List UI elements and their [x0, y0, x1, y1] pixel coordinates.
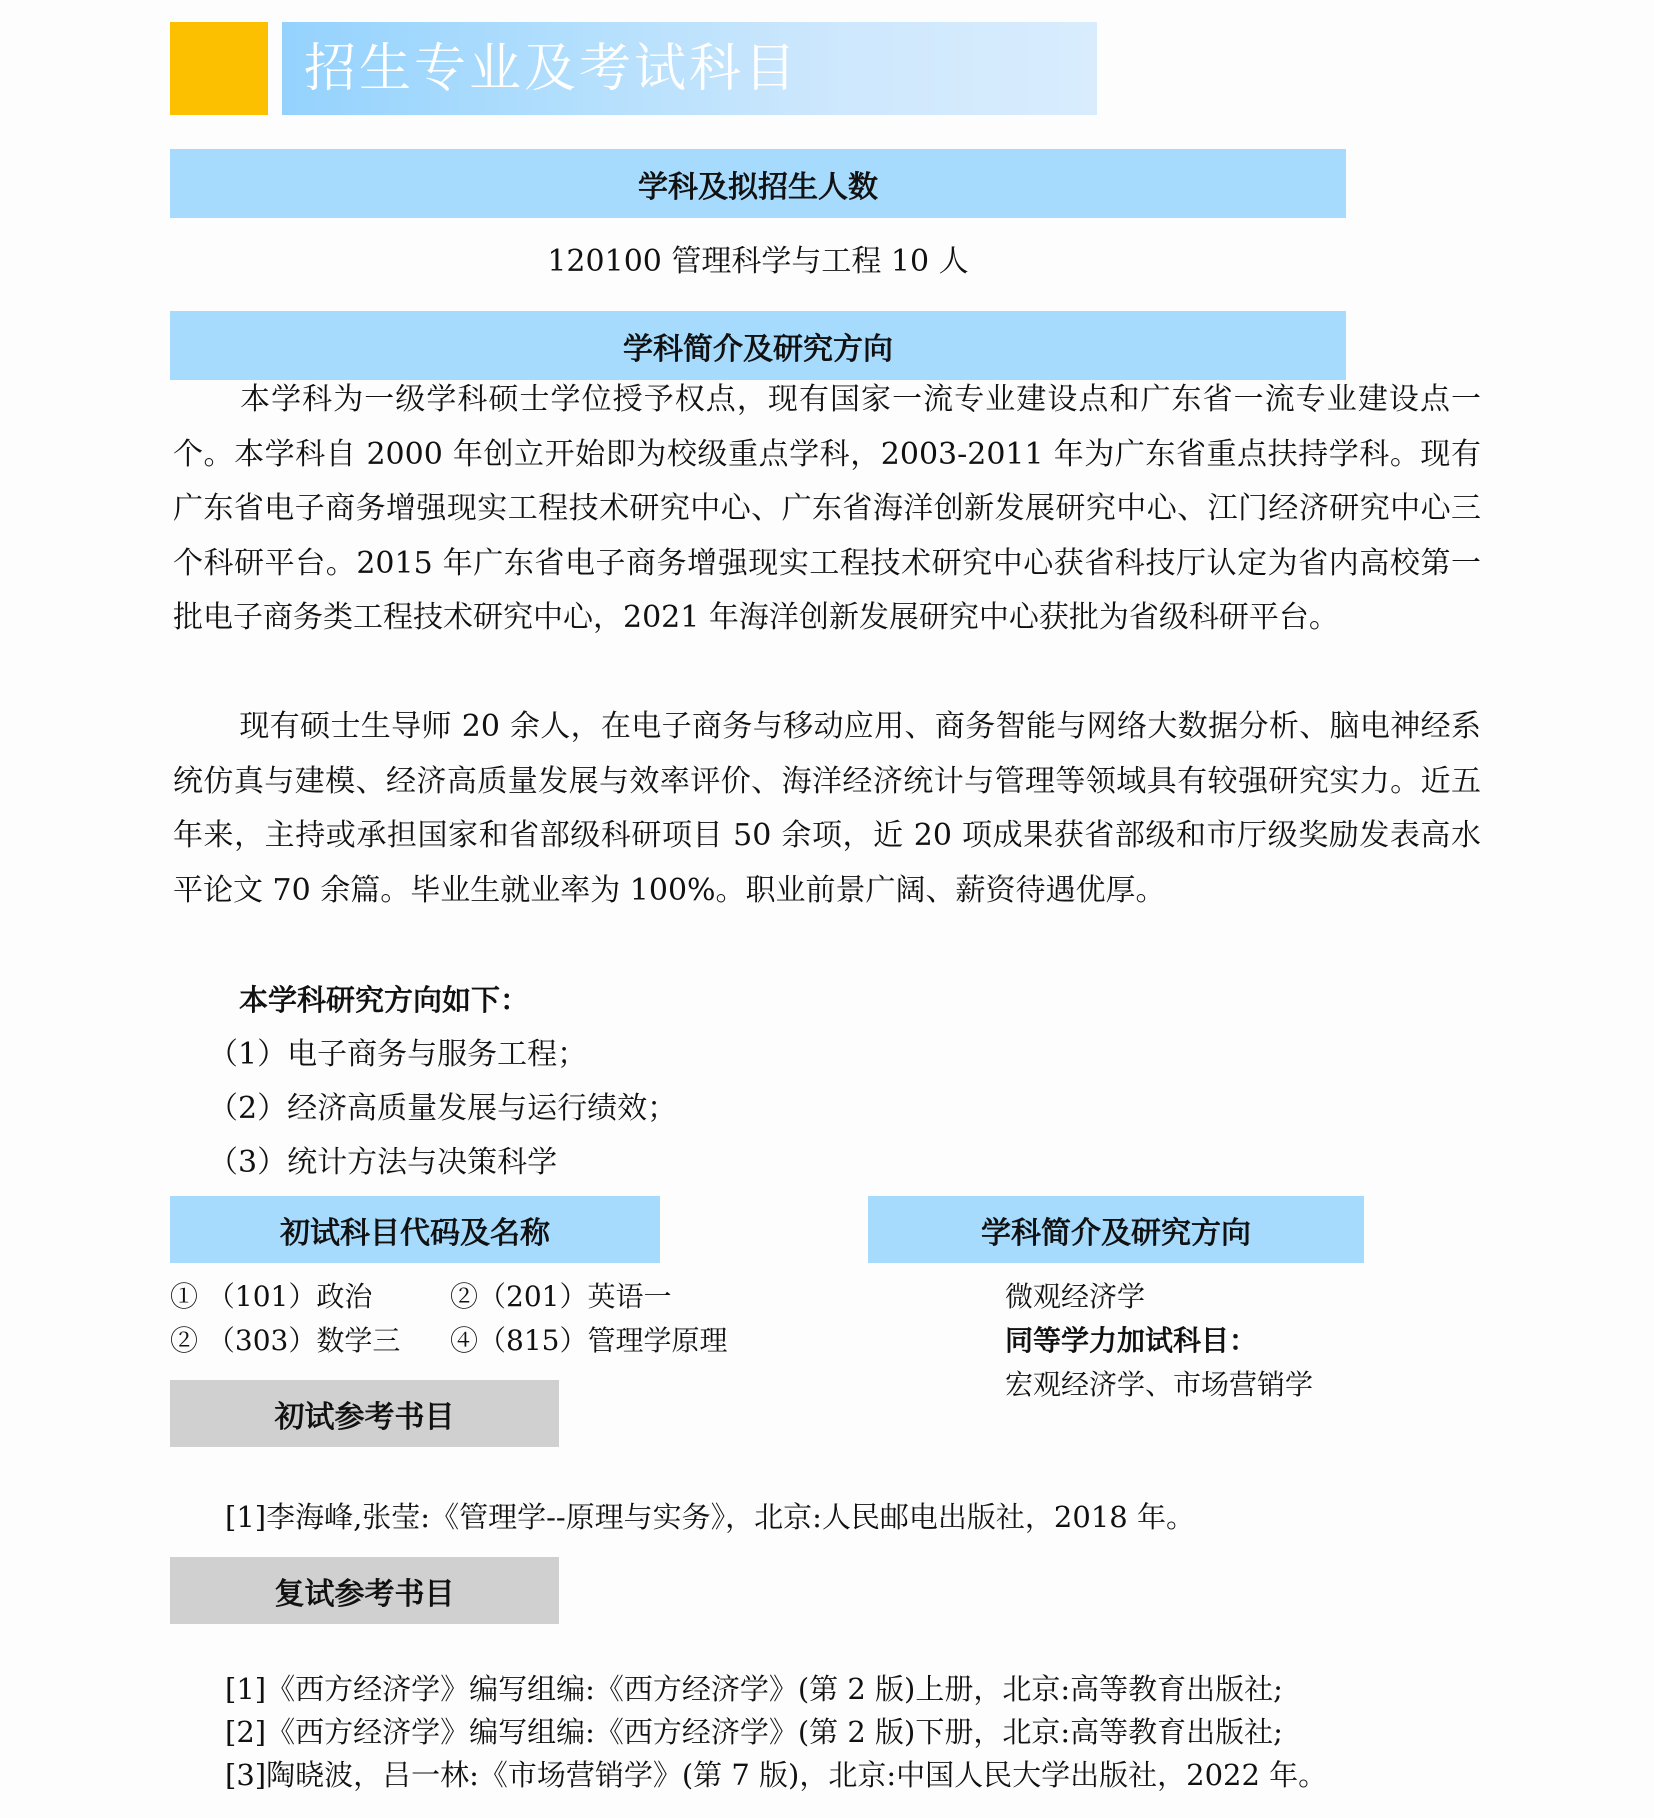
direction-item: （1）电子商务与服务工程； [208, 1028, 677, 1082]
section-heading-exam-subjects: 初试科目代码及名称 [170, 1196, 660, 1263]
section-heading-initial-refs: 初试参考书目 [170, 1380, 559, 1447]
exam-row: ① （101）政治 ②（201）英语一 [170, 1275, 727, 1319]
page-title: 招生专业及考试科目 [304, 36, 799, 102]
directions-heading: 本学科研究方向如下： [239, 978, 529, 1022]
direction-item: （3）统计方法与决策科学 [208, 1136, 677, 1190]
exam-row: ② （303）数学三 ④（815）管理学原理 [170, 1319, 727, 1363]
enrollment-line: 120100 管理科学与工程 10 人 [170, 240, 1346, 284]
reference-item: [2]《西方经济学》编写组编:《西方经济学》(第 2 版)下册，北京:高等教育出… [225, 1711, 1327, 1754]
exam-subject: ② （303）数学三 [170, 1319, 450, 1363]
section-heading-retest-refs: 复试参考书目 [170, 1557, 559, 1624]
section-heading-right: 学科简介及研究方向 [868, 1196, 1364, 1263]
reference-item: [1]李海峰,张莹:《管理学--原理与实务》，北京:人民邮电出版社，2018 年… [225, 1495, 1195, 1539]
intro-paragraph-1: 本学科为一级学科硕士学位授予权点，现有国家一流专业建设点和广东省一流专业建设点一… [173, 373, 1481, 646]
exam-subject: ④（815）管理学原理 [450, 1319, 727, 1363]
exam-subject: ① （101）政治 [170, 1275, 450, 1319]
direction-item: （2）经济高质量发展与运行绩效； [208, 1082, 677, 1136]
exam-subjects-grid: ① （101）政治 ②（201）英语一 ② （303）数学三 ④（815）管理学… [170, 1275, 727, 1363]
equivalent-heading: 同等学力加试科目： [1005, 1319, 1313, 1363]
reference-item: [1]《西方经济学》编写组编:《西方经济学》(第 2 版)上册，北京:高等教育出… [225, 1668, 1327, 1711]
retest-refs-list: [1]《西方经济学》编写组编:《西方经济学》(第 2 版)上册，北京:高等教育出… [225, 1668, 1327, 1797]
intro-paragraph-1-text: 本学科为一级学科硕士学位授予权点，现有国家一流专业建设点和广东省一流专业建设点一… [173, 382, 1481, 635]
section-heading-intro: 学科简介及研究方向 [170, 311, 1346, 380]
section-heading-enrollment: 学科及拟招生人数 [170, 149, 1346, 218]
retest-subject: 微观经济学 [1005, 1275, 1313, 1319]
equivalent-subjects: 宏观经济学、市场营销学 [1005, 1363, 1313, 1407]
reference-item: [3]陶晓波，吕一林:《市场营销学》(第 7 版)，北京:中国人民大学出版社，2… [225, 1754, 1327, 1797]
intro-paragraph-2: 现有硕士生导师 20 余人，在电子商务与移动应用、商务智能与网络大数据分析、脑电… [173, 700, 1481, 918]
directions-list: （1）电子商务与服务工程； （2）经济高质量发展与运行绩效； （3）统计方法与决… [208, 1028, 677, 1190]
retest-subjects-block: 微观经济学 同等学力加试科目： 宏观经济学、市场营销学 [1005, 1275, 1313, 1407]
exam-subject: ②（201）英语一 [450, 1275, 671, 1319]
title-banner: 招生专业及考试科目 [282, 22, 1097, 115]
accent-block [170, 22, 268, 115]
intro-paragraph-2-text: 现有硕士生导师 20 余人，在电子商务与移动应用、商务智能与网络大数据分析、脑电… [173, 709, 1481, 908]
